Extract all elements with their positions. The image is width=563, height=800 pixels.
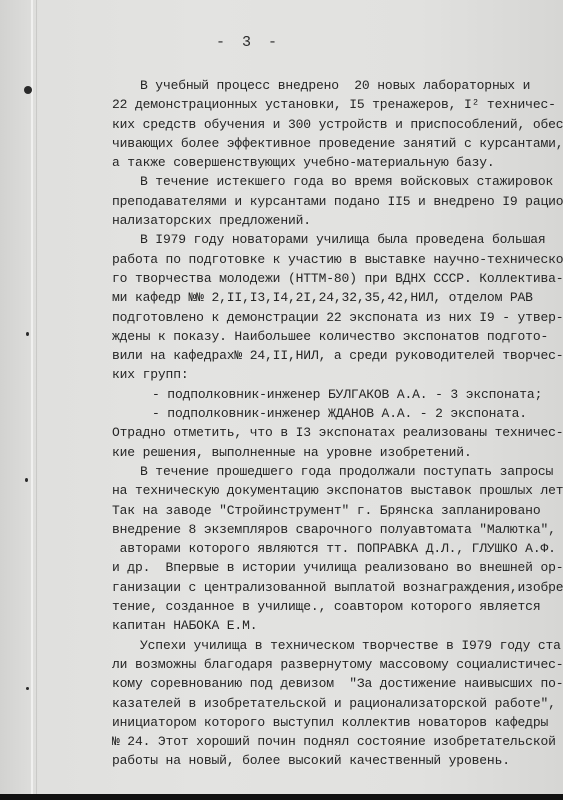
text-line: вили на кафедрах№ 24,II,НИЛ, а среди рук… <box>112 346 562 365</box>
text-line: а также совершенствующих учебно-материал… <box>112 153 562 172</box>
text-line: го творчества молодежи (НТТМ-80) при ВДН… <box>112 269 562 288</box>
scan-edge <box>0 794 563 800</box>
text-line: - подполковник-инженер ЖДАНОВ А.А. - 2 э… <box>112 404 562 423</box>
text-line: В течение истекшего года во время войско… <box>112 172 562 191</box>
text-line: В течение прошедшего года продолжали пос… <box>112 462 562 481</box>
text-line: нализаторских предложений. <box>112 211 562 230</box>
text-line: внедрение 8 экземпляров сварочного полуа… <box>112 520 562 539</box>
page-number: - 3 - <box>216 34 281 51</box>
text-line: № 24. Этот хороший почин поднял состояни… <box>112 732 562 751</box>
typewritten-page: - 3 - В учебный процесс внедрено 20 новы… <box>0 0 563 795</box>
text-line: ких групп: <box>112 365 562 384</box>
text-line: и др. Впервые в истории училища реализов… <box>112 558 562 577</box>
text-line: ждены к показу. Наибольшее количество эк… <box>112 327 562 346</box>
paper-fold-shadow <box>36 0 37 795</box>
text-line: работа по подготовке к участию в выставк… <box>112 250 562 269</box>
text-line: Отрадно отметить, что в I3 экспонатах ре… <box>112 423 562 442</box>
text-line: капитан НАБОКА Е.М. <box>112 616 562 635</box>
text-line: казателей в изобретательской и рационали… <box>112 694 562 713</box>
text-line: инициатором которого выступил коллектив … <box>112 713 562 732</box>
paper-fold-mark <box>31 0 33 795</box>
text-line: ких средств обучения и 300 устройств и п… <box>112 115 562 134</box>
text-line: кому соревнованию под девизом "За достиж… <box>112 674 562 693</box>
text-line: Успехи училища в техническом творчестве … <box>112 636 562 655</box>
text-line: - подполковник-инженер БУЛГАКОВ А.А. - 3… <box>112 385 562 404</box>
ink-speck <box>26 687 29 690</box>
ink-speck <box>24 86 32 94</box>
text-line: кие решения, выполненные на уровне изобр… <box>112 443 562 462</box>
text-line: В I979 году новаторами училища была пров… <box>112 230 562 249</box>
text-line: ми кафедр №№ 2,II,I3,I4,2I,24,32,35,42,Н… <box>112 288 562 307</box>
ink-speck <box>26 332 29 336</box>
text-line: подготовлено к демонстрации 22 экспоната… <box>112 308 562 327</box>
text-line: преподавателями и курсантами подано II5 … <box>112 192 562 211</box>
text-line: работы на новый, более высокий качествен… <box>112 751 562 770</box>
ink-speck <box>25 478 28 482</box>
text-line: В учебный процесс внедрено 20 новых лабо… <box>112 76 562 95</box>
text-line: Так на заводе "Стройинструмент" г. Брянс… <box>112 501 562 520</box>
document-body: В учебный процесс внедрено 20 новых лабо… <box>112 76 562 771</box>
text-line: авторами которого являются тт. ПОПРАВКА … <box>112 539 562 558</box>
text-line: 22 демонстрационных установки, I5 тренаж… <box>112 95 562 114</box>
text-line: тение, созданное в училище., соавтором к… <box>112 597 562 616</box>
text-line: ли возможны благодаря развернутому массо… <box>112 655 562 674</box>
text-line: ганизации с централизованной выплатой во… <box>112 578 562 597</box>
text-line: чивающих более эффективное проведение за… <box>112 134 562 153</box>
text-line: на техническую документацию экспонатов в… <box>112 481 562 500</box>
